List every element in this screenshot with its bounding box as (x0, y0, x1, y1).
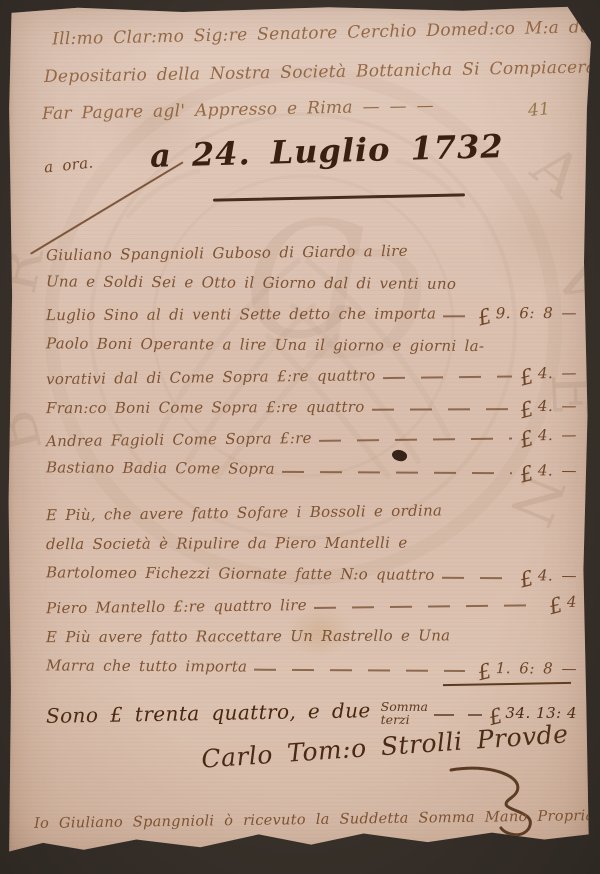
entry-text: vorativi dal di Come Sopra £:re quattro (46, 366, 376, 388)
entry-text: Paolo Boni Operante a lire Una il giorno… (46, 334, 484, 355)
entry-text: E Più, che avere fatto Sofare i Bossoli … (46, 501, 442, 524)
dash-filler (282, 470, 512, 473)
amount-value: 4. — (538, 363, 577, 381)
entry-text: Una e Soldi Sei e Otto il Giorno dal di … (46, 272, 456, 293)
entry-line: Marra che tutto importa £ 1. 6: 8 — (46, 649, 577, 683)
entry-line: E Più, che avere fatto Sofare i Bossoli … (46, 493, 577, 530)
entry-text: della Società è Ripulire da Piero Mantel… (46, 533, 408, 553)
amount-value: 1. 6: 8 — (496, 659, 577, 677)
header-line-1: Ill:mo Clar:mo Sig:re Senatore Cerchio D… (52, 15, 600, 50)
dash-filler (372, 408, 513, 411)
amount-value: 4 (567, 592, 577, 610)
dash-filler (434, 714, 482, 716)
entry-line: della Società è Ripulire da Piero Mantel… (46, 526, 577, 559)
amount-value: 4. — (538, 566, 577, 584)
dash-filler (314, 604, 541, 609)
header-line-2: Depositario della Nostra Società Bottani… (44, 57, 600, 87)
entry-line: Luglio Sino al di venti Sette detto che … (46, 297, 577, 330)
signature-flourish (437, 766, 557, 840)
dash-filler (443, 315, 470, 317)
lira-sign: £ (517, 425, 536, 452)
total-in-words: Sono £ trenta quattro, e due (46, 698, 371, 728)
dash-filler (383, 375, 513, 379)
entry-text: Piero Mantello £:re quattro lire (46, 596, 307, 617)
entry-line: vorativi dal di Come Sopra £:re quattro … (46, 357, 577, 394)
entry-line: Andrea Fagioli Come Sopra £:re £ 4. — (46, 419, 577, 456)
ledger-entries: Giuliano Spangnioli Guboso di Giardo a l… (46, 236, 577, 733)
entry-text: Marra che tutto importa (46, 656, 247, 675)
entry-line: Una e Soldi Sei e Otto il Giorno dal di … (46, 265, 577, 299)
date-underline-stroke (213, 193, 465, 201)
entry-line: Bartolomeo Fichezzi Giornate fatte N:o q… (46, 556, 577, 590)
lira-sign: £ (546, 592, 565, 619)
entry-text: Giuliano Spangnioli Guboso di Giardo a l… (46, 241, 408, 263)
lira-sign: £ (475, 303, 494, 330)
amount-value: 4. — (538, 425, 577, 443)
dash-filler (319, 437, 512, 441)
entry-text: E Più avere fatto Raccettare Un Rastrell… (46, 626, 450, 646)
folio-number: 41 (527, 99, 551, 121)
dash-filler (442, 576, 513, 578)
entry-line: Paolo Boni Operante a lire Una il giorno… (46, 327, 577, 361)
entry-text: Bastiano Badia Come Sopra (46, 458, 275, 477)
entry-line: E Più avere fatto Raccettare Un Rastrell… (46, 619, 577, 652)
entry-text: Fran:co Boni Come Sopra £:re quattro (46, 397, 365, 416)
lira-sign: £ (475, 658, 494, 685)
amount-value: 4. — (538, 396, 577, 414)
terzi-label: terzi (381, 713, 428, 726)
manuscript-paper: R B A V E N C D Ill:mo Clar:mo Sig:re Se… (8, 6, 591, 860)
entry-line: Bastiano Badia Come Sopra £ 4. — (46, 451, 577, 485)
amount-value: 9. 6: 8 — (496, 303, 577, 321)
entry-text: Bartolomeo Fichezzi Giornate fatte N:o q… (46, 563, 435, 583)
entry-line: Giuliano Spangnioli Guboso di Giardo a l… (46, 233, 577, 270)
total-labels: Somma terzi (381, 700, 428, 726)
entry-line: Piero Mantello £:re quattro lire £ 4 (46, 586, 577, 623)
entry-line: Fran:co Boni Come Sopra £:re quattro £ 4… (46, 390, 577, 423)
lira-sign: £ (518, 460, 537, 487)
amount-value: 4. — (538, 461, 577, 479)
lira-sign: £ (517, 363, 536, 390)
photographed-manuscript: R B A V E N C D Ill:mo Clar:mo Sig:re Se… (0, 0, 600, 874)
entry-text: Luglio Sino al di venti Sette detto che … (46, 304, 436, 324)
entry-text: Andrea Fagioli Come Sopra £:re (46, 428, 312, 449)
dash-filler (254, 668, 465, 671)
margin-note: a ora. (43, 153, 94, 176)
